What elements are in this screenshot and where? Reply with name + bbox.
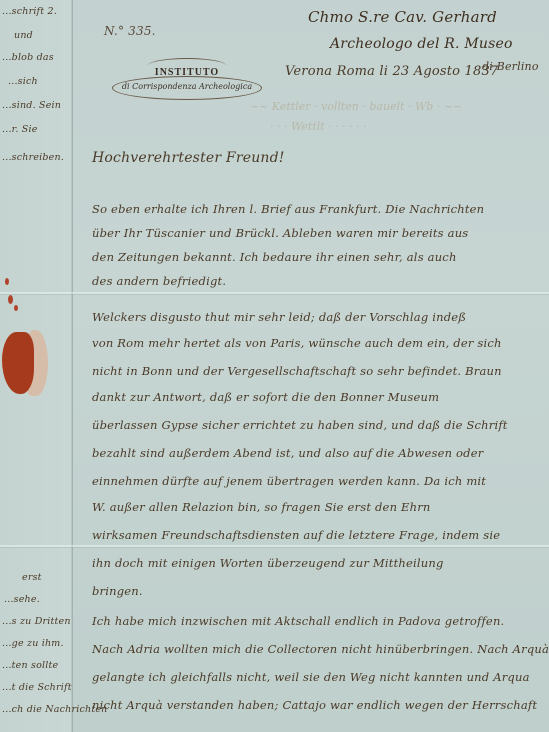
body-line: von Rom mehr hertet als von Paris, wünsc… <box>92 336 502 350</box>
bleed-through-text: · · · Wettlt · · · · · · <box>270 120 367 133</box>
place-date: Verona Roma li 23 Agosto 1837 <box>285 64 498 79</box>
seal-wax <box>2 332 34 394</box>
body-line: nicht Arquà verstanden haben; Cattajo wa… <box>92 698 537 712</box>
institute-subtitle: di Corrispondenza Archeologica <box>112 82 262 91</box>
wax-drop <box>5 278 9 285</box>
body-line: einnehmen dürfte auf jenem übertragen we… <box>92 474 486 488</box>
institute-name: INSTITUTO <box>112 67 262 78</box>
body-line: des andern befriedigt. <box>92 274 226 288</box>
margin-fragment: ...schreiben. <box>2 152 64 163</box>
margin-fragment: ...ge zu ihm. <box>2 638 64 649</box>
margin-fragment: ...blob das <box>2 52 54 63</box>
red-wax-seal <box>2 330 46 400</box>
margin-fragment: und <box>14 30 33 41</box>
body-line: Nach Adria wollten mich die Collectoren … <box>92 642 549 656</box>
body-line: Ich habe mich inzwischen mit Aktschall e… <box>92 614 504 628</box>
margin-fragment: erst <box>22 572 42 583</box>
horizontal-fold-line <box>0 545 549 547</box>
body-line: gelangte ich gleichfalls nicht, weil sie… <box>92 670 530 684</box>
body-line: nicht in Bonn und der Vergesellschaftsch… <box>92 364 502 378</box>
wax-drop <box>8 295 13 304</box>
margin-fragment: ...t die Schrift <box>2 682 72 693</box>
letter-number: N.° 335. <box>104 24 156 38</box>
margin-fragment: ...ten sollte <box>2 660 58 671</box>
margin-fragment: ...sehe. <box>4 594 40 605</box>
body-line: Welckers disgusto thut mir sehr leid; da… <box>92 310 466 324</box>
margin-fragment: ...sind. Sein <box>2 100 61 111</box>
margin-fragment: ...r. Sie <box>2 124 38 135</box>
body-line: überlassen Gypse sicher errichtet zu hab… <box>92 418 508 432</box>
body-line: So eben erhalte ich Ihren l. Brief aus F… <box>92 202 484 216</box>
body-line: ihn doch mit einigen Worten überzeugend … <box>92 556 444 570</box>
body-line: über Ihr Tüscanier und Brückl. Ableben w… <box>92 226 468 240</box>
body-line: bezahlt sind außerdem Abend ist, und als… <box>92 446 483 460</box>
destination: di Berlino <box>482 60 539 73</box>
vertical-fold-line <box>71 0 73 732</box>
margin-fragment: ...schrift 2. <box>2 6 57 17</box>
body-line: bringen. <box>92 584 143 598</box>
margin-fragment: ...sich <box>8 76 38 87</box>
wax-drop <box>14 305 18 311</box>
recipient-line: Chmo S.re Cav. Gerhard <box>308 8 497 26</box>
horizontal-fold-line <box>0 292 549 294</box>
recipient-title: Archeologo del R. Museo <box>330 36 513 52</box>
institute-letterhead-stamp: INSTITUTO di Corrispondenza Archeologica <box>112 58 262 102</box>
salutation: Hochverehrtester Freund! <box>92 150 285 166</box>
margin-fragment: ...s zu Dritten <box>2 616 71 627</box>
letter-page: ~~ Kettler · vollten · bauelt · Wb · ~~ … <box>0 0 549 732</box>
body-line: den Zeitungen bekannt. Ich bedaure ihr e… <box>92 250 457 264</box>
margin-fragment: ...ch die Nachrichten <box>2 704 107 715</box>
body-line: W. außer allen Relazion bin, so fragen S… <box>92 500 431 514</box>
body-line: dankt zur Antwort, daß er sofort die den… <box>92 390 439 404</box>
body-line: wirksamen Freundschaftsdiensten auf die … <box>92 528 500 542</box>
bleed-through-text: ~~ Kettler · vollten · bauelt · Wb · ~~ <box>250 100 462 113</box>
